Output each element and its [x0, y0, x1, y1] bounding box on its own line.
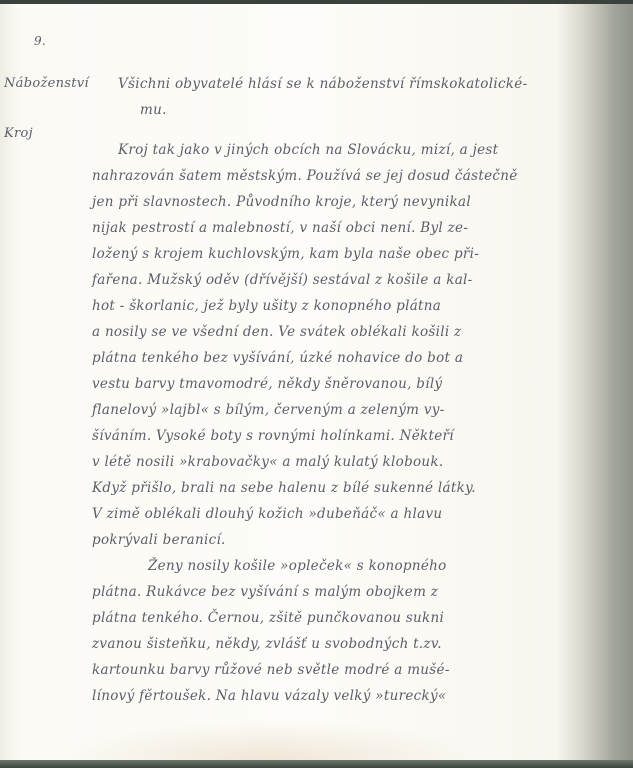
costume-line: Kroj tak jako v jiných obcích na Slováck…	[118, 142, 498, 158]
costume-line: Když přišlo, brali na sebe halenu z bílé…	[92, 480, 476, 496]
costume-line: ložený s krojem kuchlovským, kam byla na…	[92, 246, 479, 262]
costume-line: plátna tenkého bez vyšívání, úzké nohavi…	[92, 350, 463, 366]
costume-line: fařena. Mužský oděv (dřívější) sestával …	[92, 272, 473, 288]
religion-line: Všichni obyvatelé hlásí se k náboženství…	[118, 76, 527, 92]
women-line: línový fěrtoušek. Na hlavu vázaly velký …	[92, 688, 446, 704]
costume-line: hot - škorlanic, jež byly ušity z konopn…	[92, 298, 441, 314]
page-number: 9.	[34, 34, 46, 48]
costume-line: v létě nosili »krabovačky« a malý kulatý…	[92, 454, 444, 470]
costume-line: vestu barvy tmavomodré, někdy šněrovanou…	[92, 376, 442, 392]
women-line: Ženy nosily košile »opleček« s konopného	[148, 558, 447, 574]
women-line: plátna tenkého. Černou, zšitě punčkovano…	[92, 610, 444, 626]
page-bottom-edge	[0, 760, 633, 768]
costume-line: pokrývali beranicí.	[92, 532, 226, 548]
scanned-page: 9. Náboženství Všichni obyvatelé hlásí s…	[0, 0, 633, 768]
women-line: kartounku barvy růžové neb světle modré …	[92, 662, 450, 678]
costume-line: nijak pestrostí a malebností, v naší obc…	[92, 220, 468, 236]
women-line: zvanou šisteňku, někdy, zvlášť u svobodn…	[92, 636, 442, 652]
margin-label-religion: Náboženství	[4, 76, 89, 91]
costume-line: V zimě oblékali dlouhý kožich »dubeňáč« …	[92, 506, 442, 522]
paper-stain	[60, 720, 480, 760]
religion-line: mu.	[140, 102, 167, 118]
costume-line: nahrazován šatem městským. Používá se je…	[92, 168, 518, 184]
costume-line: jen při slavnostech. Původního kroje, kt…	[92, 194, 471, 210]
costume-line: šíváním. Vysoké boty s rovnými holínkami…	[92, 428, 454, 444]
women-line: plátna. Rukávce bez vyšívání s malým obo…	[92, 584, 438, 600]
margin-label-costume: Kroj	[4, 126, 33, 141]
costume-line: flanelový »lajbl« s bílým, červeným a ze…	[92, 402, 445, 418]
costume-line: a nosily se ve všední den. Ve svátek obl…	[92, 324, 461, 340]
page-top-edge	[0, 0, 633, 4]
